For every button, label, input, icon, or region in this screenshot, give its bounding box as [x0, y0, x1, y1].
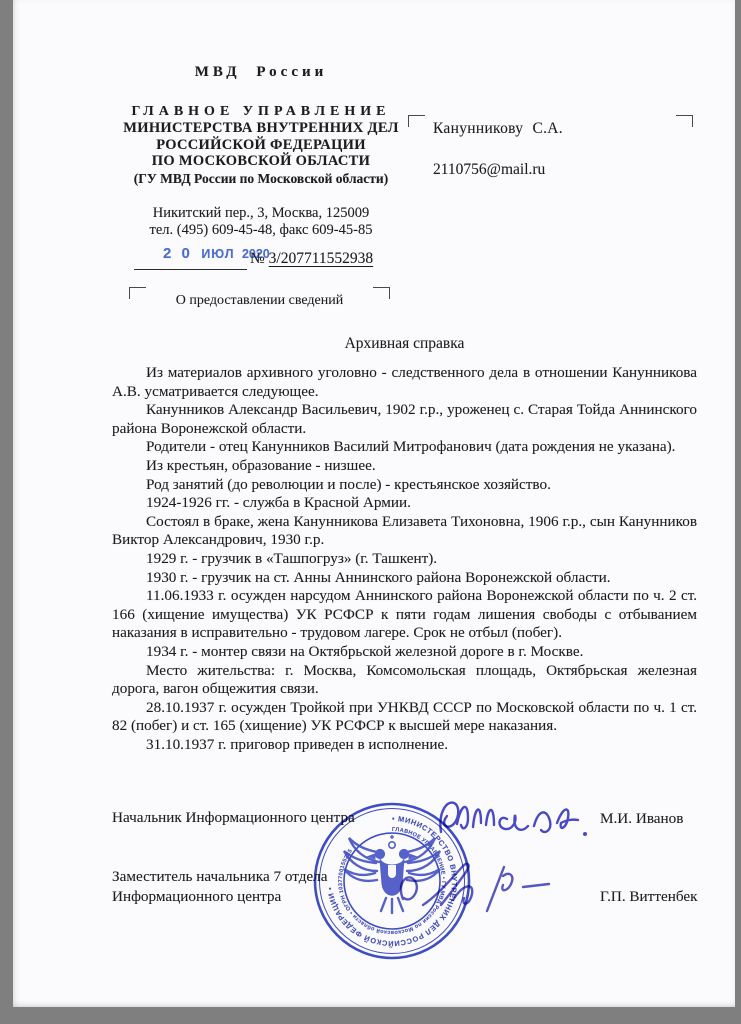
paragraph: 28.10.1937 г. осужден Тройкой при УНКВД … — [112, 699, 697, 736]
letterhead-line: ПО МОСКОВСКОЙ ОБЛАСТИ — [101, 153, 421, 170]
letterhead-address: Никитский пер., 3, Москва, 125009 — [101, 205, 421, 222]
subject-block: О предоставлении сведений — [129, 287, 390, 317]
handwritten-signature-wittenbek — [391, 853, 576, 925]
paragraph: Родители - отец Канунников Василий Митро… — [112, 438, 697, 457]
reference-number: № 3/207711552938 — [250, 250, 373, 268]
signatory-role-2-line1: Заместитель начальника 7 отдела — [112, 867, 328, 887]
paragraph: 1929 г. - грузчик в «Ташпогруз» (г. Ташк… — [112, 550, 697, 569]
date-stamp-day: 2 0 — [163, 245, 193, 262]
date-underline — [134, 269, 247, 270]
subject-text: О предоставлении сведений — [129, 293, 390, 309]
agency-name: МВД России — [101, 64, 421, 81]
paragraph: 1924-1926 гг. - служба в Красной Армии. — [112, 494, 697, 513]
paragraph: Состоял в браке, жена Канунникова Елизав… — [112, 513, 697, 550]
paragraph: 11.06.1933 г. осужден нарсудом Аннинског… — [112, 587, 697, 643]
reference-number-label: № — [250, 250, 265, 267]
letterhead-line: ГЛАВНОЕ УПРАВЛЕНИЕ — [101, 103, 421, 120]
paragraph: Место жительства: г. Москва, Комсомольск… — [112, 662, 697, 699]
corner-bracket-left-icon — [408, 115, 425, 127]
corner-bracket-right-icon — [676, 115, 693, 127]
recipient-email: 2110756@mail.ru — [433, 161, 545, 179]
reference-number-value: 3/207711552938 — [269, 250, 373, 267]
letterhead-line: МИНИСТЕРСТВА ВНУТРЕННИХ ДЕЛ — [101, 120, 421, 137]
signatory-role-2: Заместитель начальника 7 отдела Информац… — [112, 867, 328, 907]
letterhead-phone: тел. (495) 609-45-48, факс 609-45-85 — [101, 222, 421, 239]
paragraph: 31.10.1937 г. приговор приведен в исполн… — [112, 736, 697, 755]
scanned-document-viewer: { "letterhead": { "agency_top": "МВД Рос… — [0, 0, 741, 1024]
paragraph: Род занятий (до революции и после) - кре… — [112, 476, 697, 495]
signatory-role-2-line2: Информационного центра — [112, 887, 328, 907]
signature-dot — [583, 832, 587, 836]
paragraph: Канунников Александр Васильевич, 1902 г.… — [112, 401, 697, 438]
letterhead-line: РОССИЙСКОЙ ФЕДЕРАЦИИ — [101, 137, 421, 154]
paragraph: Из материалов архивного уголовно - следс… — [112, 364, 697, 401]
letterhead-abbreviation: (ГУ МВД России по Московской области) — [101, 170, 421, 187]
recipient-block: Канунникову С.А. 2110756@mail.ru — [408, 115, 693, 185]
signatory-name-2: Г.П. Виттенбек — [600, 888, 697, 906]
paragraph: 1934 г. - монтер связи на Октябрьской же… — [112, 643, 697, 662]
document-page: МВД России ГЛАВНОЕ УПРАВЛЕНИЕ МИНИСТЕРСТ… — [13, 0, 735, 1007]
paragraph: Из крестьян, образование - низшее. — [112, 457, 697, 476]
paragraph: 1930 г. - грузчик на ст. Анны Аннинского… — [112, 569, 697, 588]
document-body: Из материалов архивного уголовно - следс… — [112, 364, 697, 754]
date-stamp-month: ИЮЛ — [201, 247, 234, 261]
signatory-name-1: М.И. Иванов — [600, 810, 683, 828]
letterhead: МВД России ГЛАВНОЕ УПРАВЛЕНИЕ МИНИСТЕРСТ… — [101, 64, 421, 239]
recipient-name: Канунникову С.А. — [433, 120, 563, 138]
document-title: Архивная справка — [112, 335, 697, 353]
